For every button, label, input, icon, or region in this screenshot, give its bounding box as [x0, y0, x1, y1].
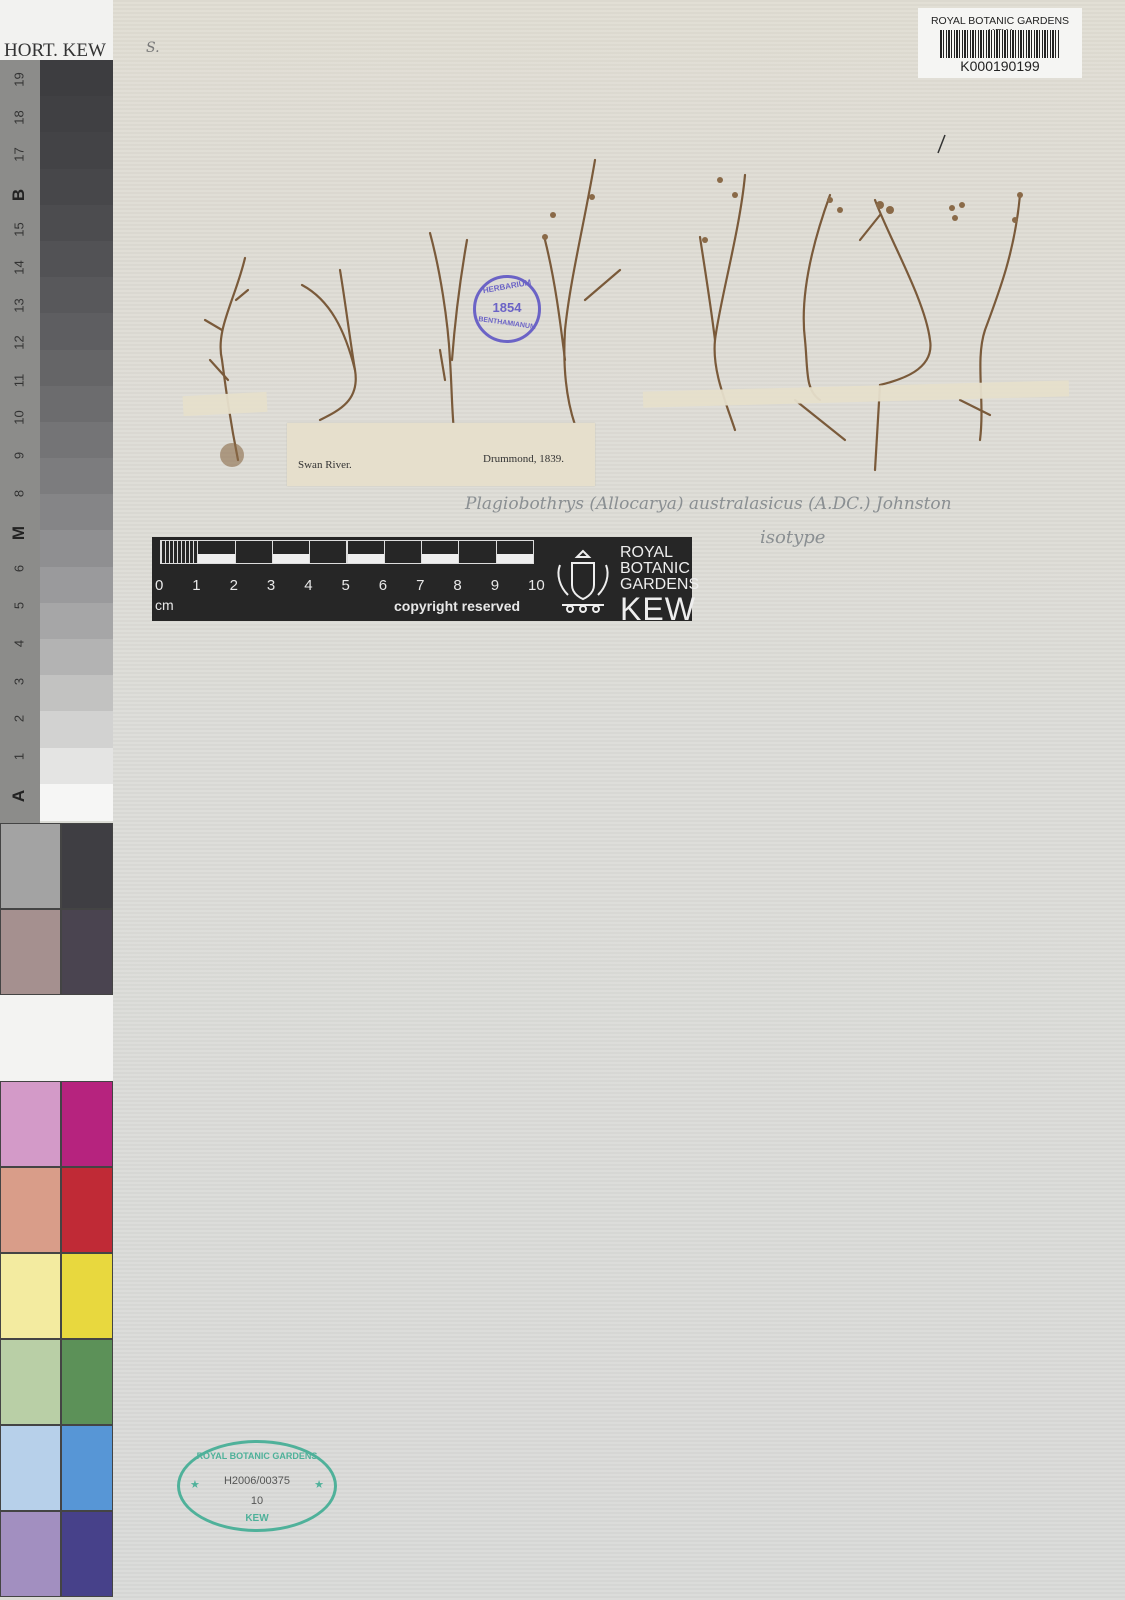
scale-segment [347, 540, 385, 564]
scale-segment [235, 540, 273, 564]
scale-number: 6 [379, 577, 387, 594]
scale-segment [309, 540, 347, 564]
scale-number: 5 [342, 577, 350, 594]
type-status: isotype [760, 527, 825, 548]
scale-segment [197, 540, 235, 564]
scale-number: 10 [528, 577, 545, 594]
scale-number: 8 [453, 577, 461, 594]
kew-logo-text: ROYAL BOTANIC GARDENS KEW [620, 545, 699, 625]
stamp-bottom-text: BENTHAMIANUM [476, 316, 538, 332]
royal-botanic-gardens-stamp: ROYAL BOTANIC GARDENS ★ ★ H2006/00375 10… [177, 1440, 337, 1532]
scale-number: 3 [267, 577, 275, 594]
scale-segment [160, 540, 198, 564]
kew-stamp-bottom: KEW [180, 1513, 334, 1524]
scale-unit: cm [155, 597, 174, 613]
scale-number: 7 [416, 577, 424, 594]
scale-number: 0 [155, 577, 163, 594]
royal-crest-icon [552, 543, 614, 615]
scale-number: 9 [491, 577, 499, 594]
scale-number: 4 [304, 577, 312, 594]
accession-number: H2006/00375 [180, 1475, 334, 1487]
scale-segment [384, 540, 422, 564]
scale-segment [421, 540, 459, 564]
copyright-text: copyright reserved [394, 598, 520, 614]
collection-label: Swan River. Drummond, 1839. [287, 423, 595, 486]
plant-specimens [0, 0, 1125, 1600]
scale-number: 1 [192, 577, 200, 594]
kew-stamp-top: ROYAL BOTANIC GARDENS [180, 1451, 334, 1461]
determination-name: Plagiobothrys (Allocarya) australasicus … [465, 494, 952, 514]
scale-segment [272, 540, 310, 564]
sheet-number: 10 [180, 1495, 334, 1507]
locality-text: Swan River. [298, 459, 352, 471]
stamp-year: 1854 [476, 300, 538, 315]
scale-segment [458, 540, 496, 564]
scale-number: 2 [230, 577, 238, 594]
scale-segment [496, 540, 534, 564]
scale-bar: cm copyright reserved ROYAL BOTANIC GARD… [152, 537, 692, 621]
collector-text: Drummond, 1839. [483, 453, 564, 465]
herbarium-benthamianum-stamp: HERBARIUM 1854 BENTHAMIANUM [473, 275, 541, 343]
